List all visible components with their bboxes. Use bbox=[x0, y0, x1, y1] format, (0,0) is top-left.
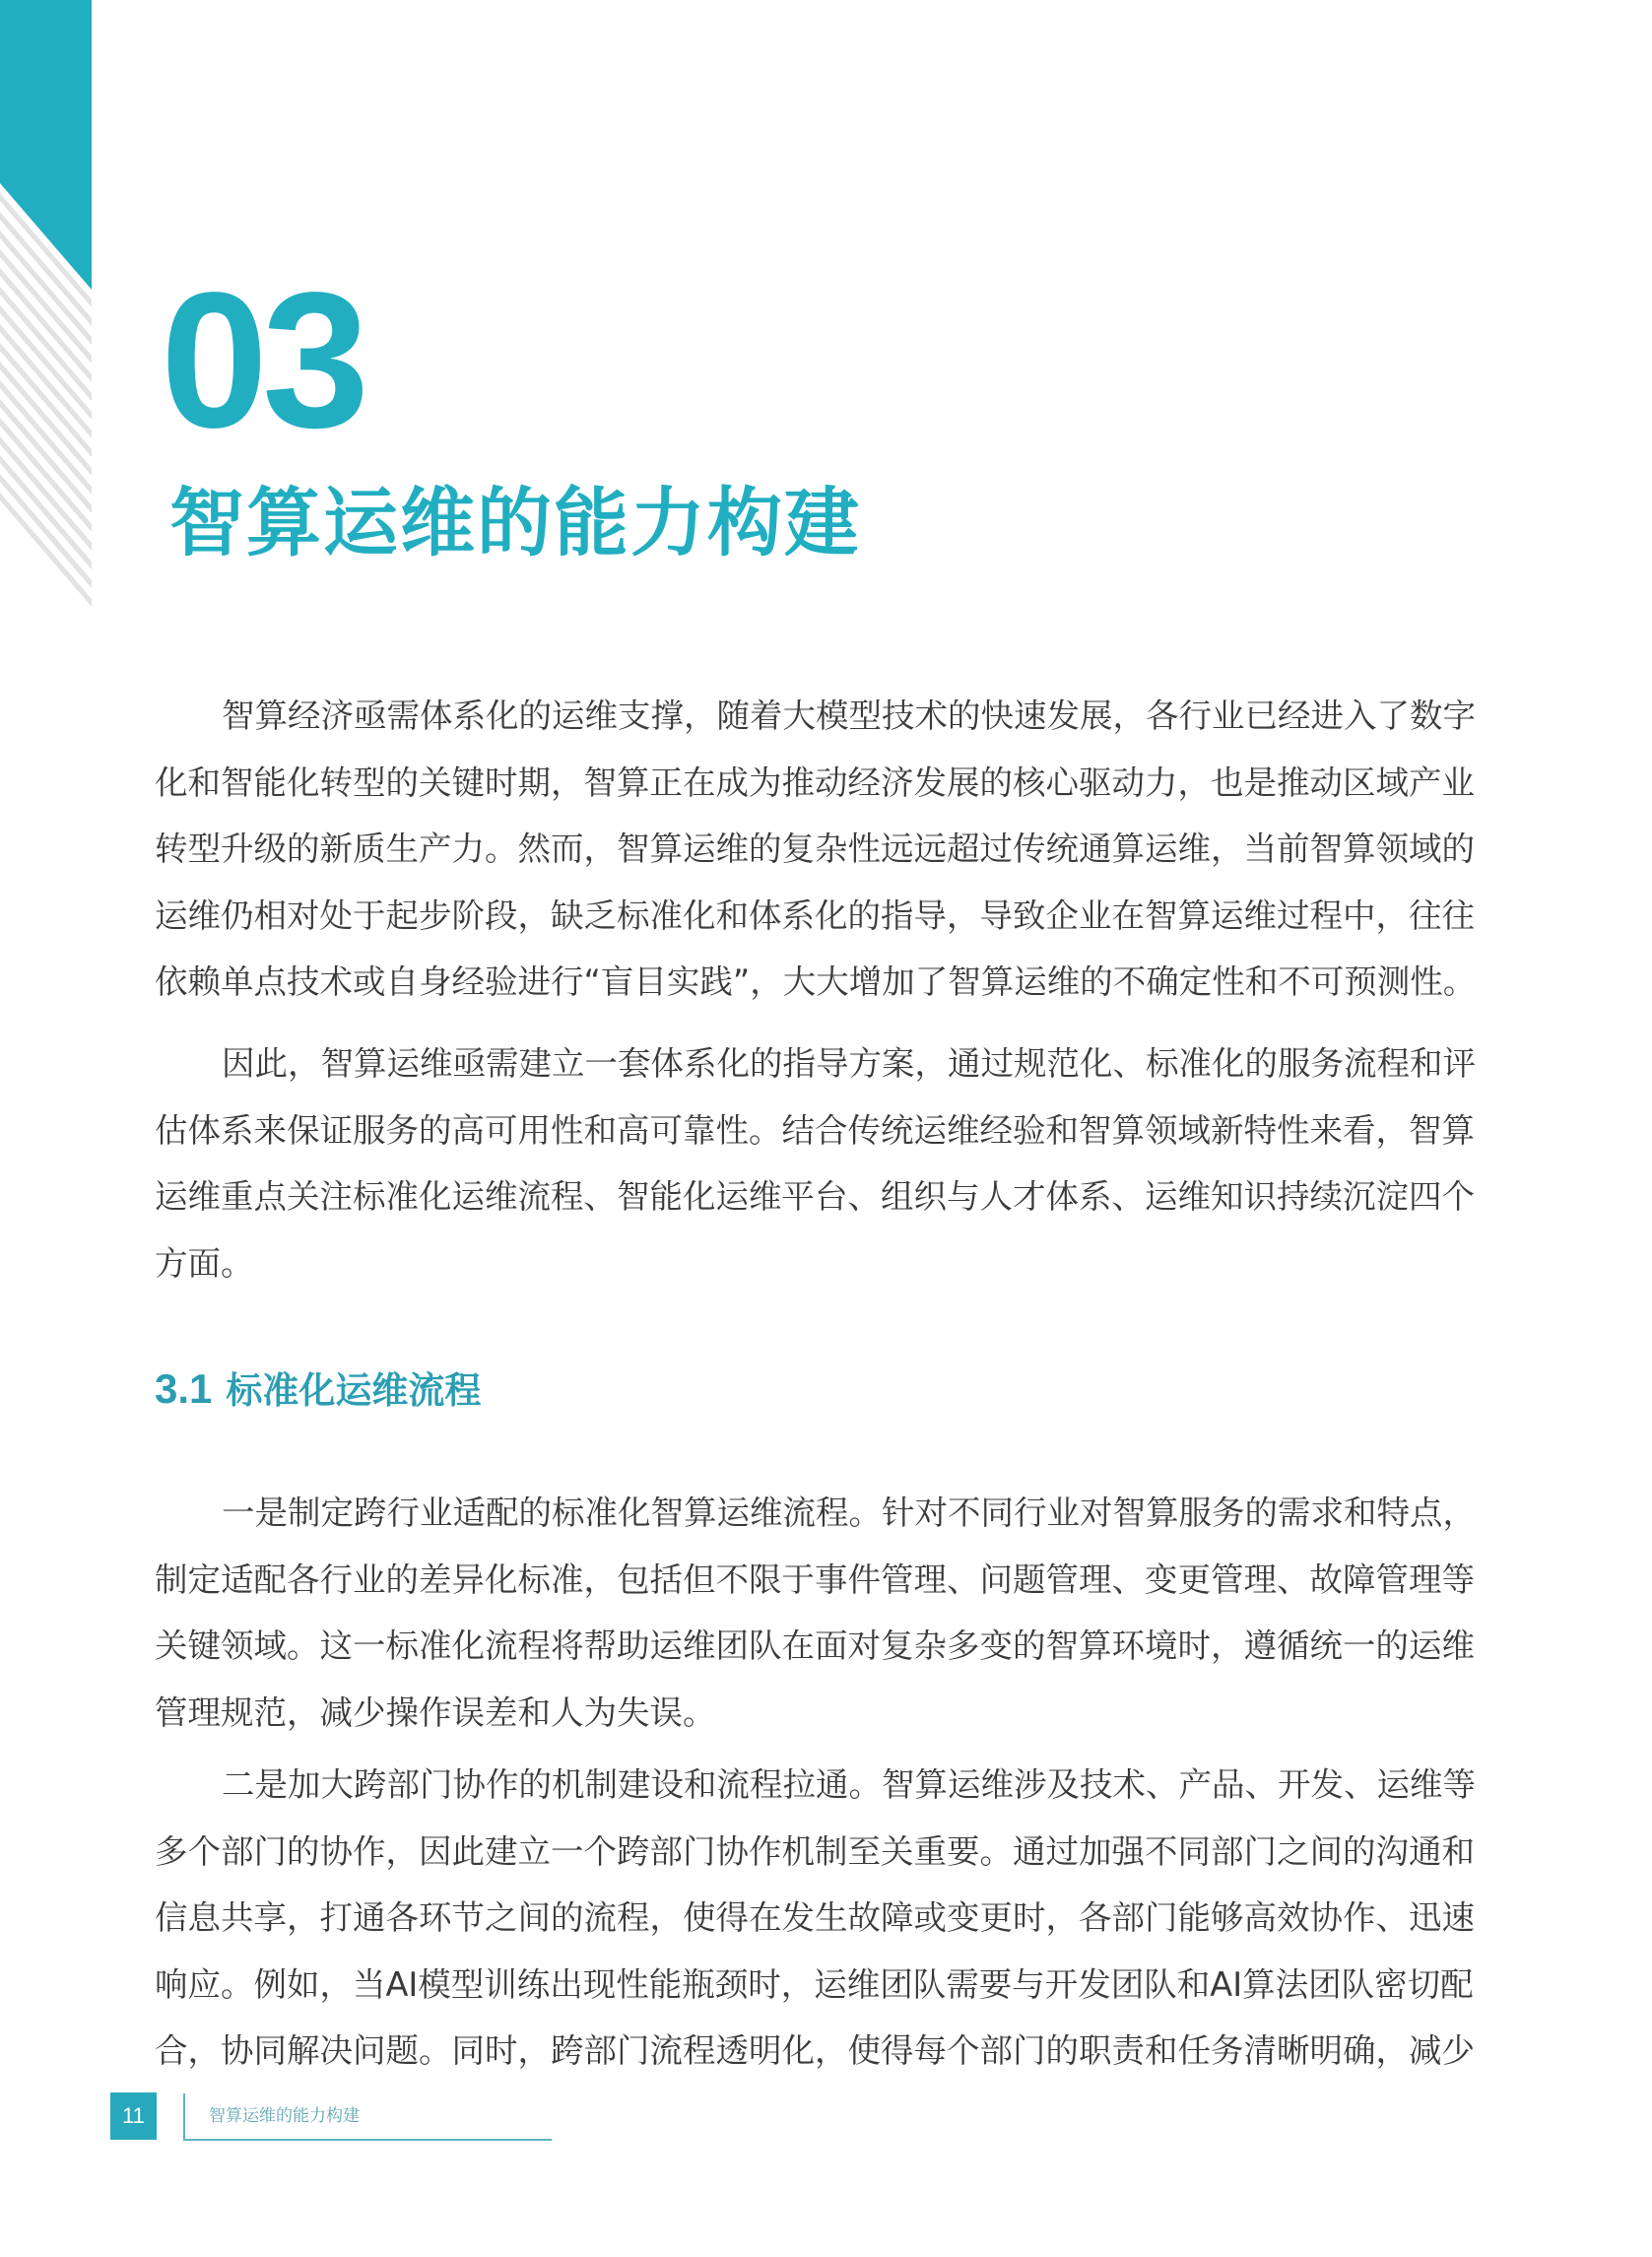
teal-stripe-decoration-icon bbox=[0, 0, 92, 631]
paragraph-line: 响应。例如，当AI模型训练出现性能瓶颈时，运维团队需要与开发团队和AI算法团队密… bbox=[155, 1952, 1494, 2019]
section-heading: 3.1标准化运维流程 bbox=[155, 1363, 481, 1417]
paragraph-line: 关键领域。这一标准化流程将帮助运维团队在面对复杂多变的智算环境时，遵循统一的运维 bbox=[155, 1613, 1494, 1680]
paragraph-line: 方面。 bbox=[155, 1230, 1494, 1297]
section-paragraph-1: 一是制定跨行业适配的标准化智算运维流程。针对不同行业对智算服务的需求和特点， 制… bbox=[155, 1480, 1494, 1746]
chapter-title: 智算运维的能力构建 bbox=[169, 479, 861, 567]
paragraph-line: 转型升级的新质生产力。然而，智算运维的复杂性远远超过传统通算运维，当前智算领域的 bbox=[155, 816, 1494, 883]
paragraph-line: 合，协同解决问题。同时，跨部门流程透明化，使得每个部门的职责和任务清晰明确，减少 bbox=[155, 2018, 1494, 2085]
section-number: 3.1 bbox=[155, 1365, 212, 1412]
chapter-number: 03 bbox=[161, 264, 363, 457]
intro-paragraph-1: 智算经济亟需体系化的运维支撑，随着大模型技术的快速发展，各行业已经进入了数字 化… bbox=[155, 683, 1494, 1016]
paragraph-line: 多个部门的协作，因此建立一个跨部门协作机制至关重要。通过加强不同部门之间的沟通和 bbox=[155, 1819, 1494, 1886]
section-title: 标准化运维流程 bbox=[226, 1369, 481, 1412]
intro-paragraph-2: 因此，智算运维亟需建立一套体系化的指导方案，通过规范化、标准化的服务流程和评 估… bbox=[155, 1030, 1494, 1296]
paragraph-line: 管理规范，减少操作误差和人为失误。 bbox=[155, 1680, 1494, 1747]
paragraph-line: 制定适配各行业的差异化标准，包括但不限于事件管理、问题管理、变更管理、故障管理等 bbox=[155, 1547, 1494, 1614]
paragraph-line: 运维仍相对处于起步阶段，缺乏标准化和体系化的指导，导致企业在智算运维过程中，往往 bbox=[155, 883, 1494, 950]
paragraph-line: 化和智能化转型的关键时期，智算正在成为推动经济发展的核心驱动力，也是推动区域产业 bbox=[155, 750, 1494, 817]
footer-divider-horizontal bbox=[183, 2139, 552, 2141]
paragraph-line: 因此，智算运维亟需建立一套体系化的指导方案，通过规范化、标准化的服务流程和评 bbox=[155, 1030, 1494, 1097]
paragraph-line: 二是加大跨部门协作的机制建设和流程拉通。智算运维涉及技术、产品、开发、运维等 bbox=[155, 1752, 1494, 1819]
footer-divider-vertical bbox=[183, 2093, 185, 2141]
paragraph-line: 估体系来保证服务的高可用性和高可靠性。结合传统运维经验和智算领域新特性来看，智算 bbox=[155, 1097, 1494, 1164]
page-number-badge: 11 bbox=[110, 2092, 157, 2140]
section-paragraph-2: 二是加大跨部门协作的机制建设和流程拉通。智算运维涉及技术、产品、开发、运维等 多… bbox=[155, 1752, 1494, 2085]
paragraph-line: 一是制定跨行业适配的标准化智算运维流程。针对不同行业对智算服务的需求和特点， bbox=[155, 1480, 1494, 1547]
paragraph-line: 依赖单点技术或自身经验进行“盲目实践”，大大增加了智算运维的不确定性和不可预测性… bbox=[155, 949, 1494, 1016]
paragraph-line: 信息共享，打通各环节之间的流程，使得在发生故障或变更时，各部门能够高效协作、迅速 bbox=[155, 1885, 1494, 1952]
paragraph-line: 运维重点关注标准化运维流程、智能化运维平台、组织与人才体系、运维知识持续沉淀四个 bbox=[155, 1163, 1494, 1230]
footer-running-title: 智算运维的能力构建 bbox=[209, 2104, 360, 2128]
paragraph-line: 智算经济亟需体系化的运维支撑，随着大模型技术的快速发展，各行业已经进入了数字 bbox=[155, 683, 1494, 750]
